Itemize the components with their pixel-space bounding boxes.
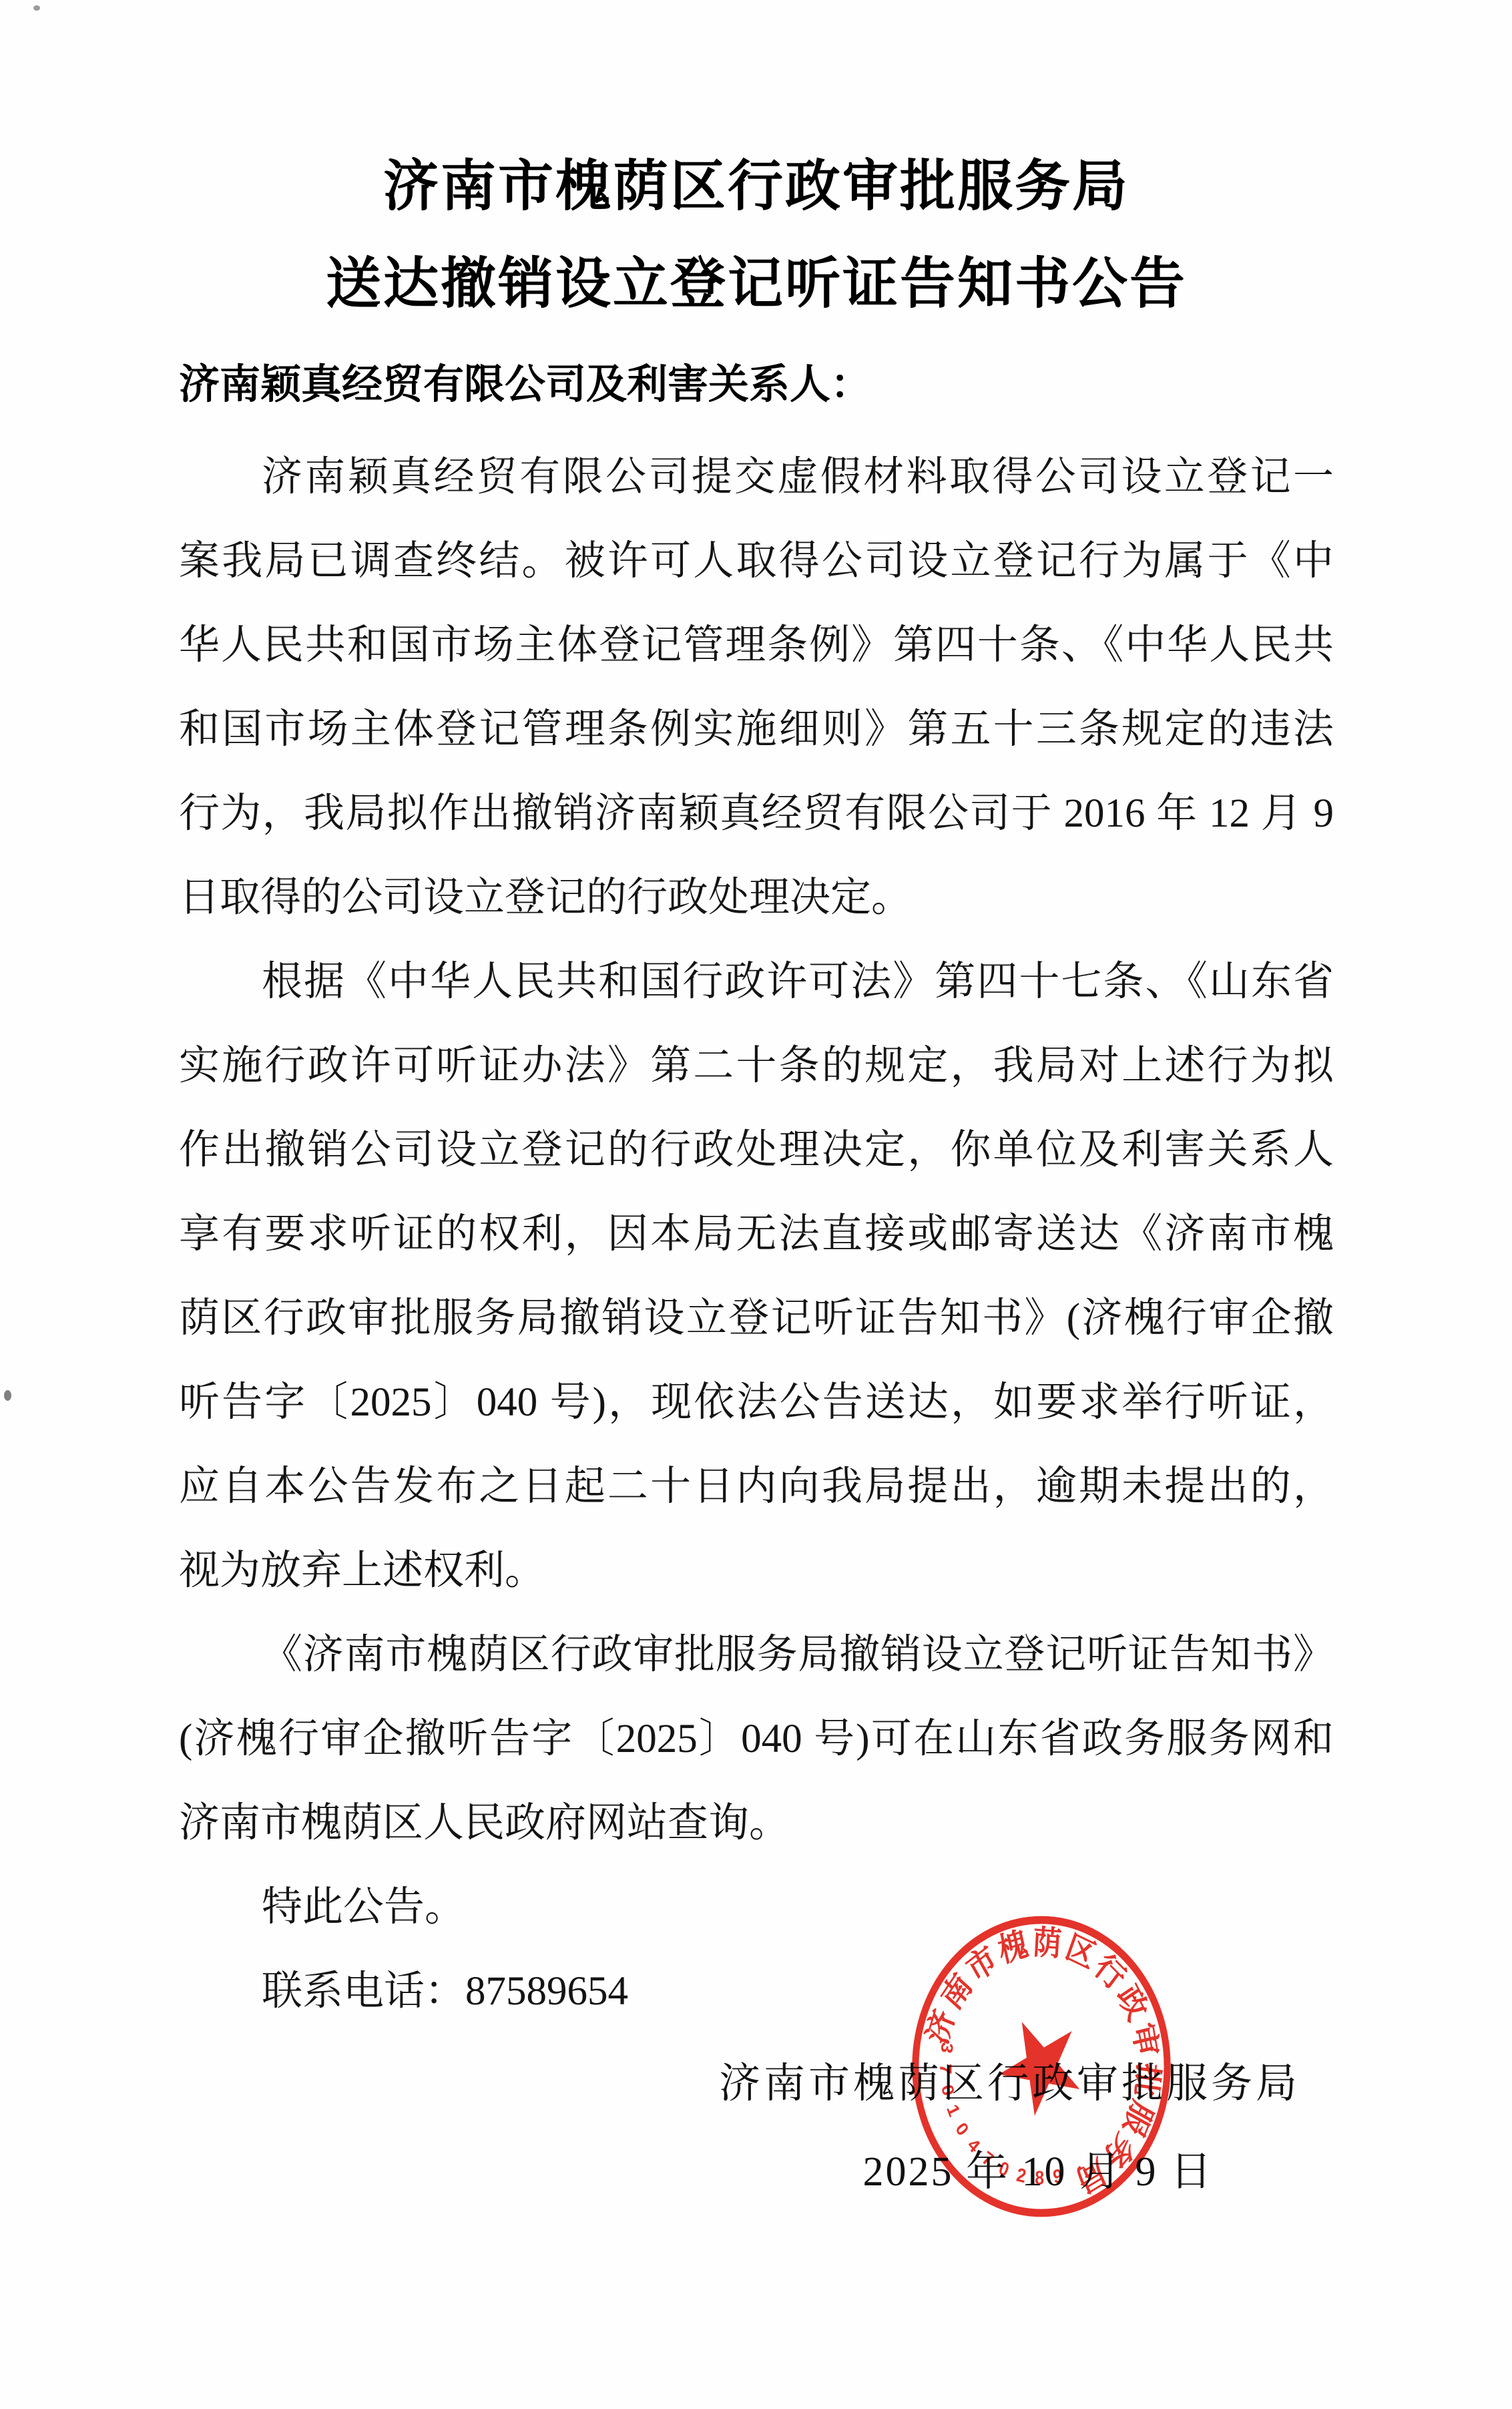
page-title-line1: 济南市槐荫区行政审批服务局 xyxy=(179,147,1334,226)
body-lines: 济南颖真经贸有限公司提交虚假材料取得公司设立登记一案我局已调查终结。被许可人取得… xyxy=(179,435,1334,2034)
body-line: 济南颖真经贸有限公司提交虚假材料取得公司设立登记一 xyxy=(179,435,1334,519)
body-line: 享有要求听证的权利，因本局无法直接或邮寄送达《济南市槐 xyxy=(179,1192,1334,1277)
body-line: 济南市槐荫区人民政府网站查询。 xyxy=(179,1781,1334,1866)
issue-date: 2025 年 10 月 9 日 xyxy=(179,2130,1334,2214)
body-line: 案我局已调查终结。被许可人取得公司设立登记行为属于《中 xyxy=(179,519,1334,604)
body-line: 联系电话：87589654 xyxy=(179,1950,1334,2034)
body-line: 特此公告。 xyxy=(179,1866,1334,1950)
body-line: 《济南市槐荫区行政审批服务局撤销设立登记听证告知书》 xyxy=(179,1613,1334,1697)
page-title-line2: 送达撤销设立登记听证告知书公告 xyxy=(179,244,1334,323)
announcement-page: 济南市槐荫区行政审批服务局 送达撤销设立登记听证告知书公告 济南颖真经贸有限公司… xyxy=(0,0,1512,2409)
body-line: 作出撤销公司设立登记的行政处理决定，你单位及利害关系人 xyxy=(179,1108,1334,1192)
body-line: 听告字〔2025〕040 号)，现依法公告送达，如要求举行听证， xyxy=(179,1361,1334,1445)
body-line: 和国市场主体登记管理条例实施细则》第五十三条规定的违法 xyxy=(179,688,1334,772)
issuer-signature: 济南市槐荫区行政审批服务局 xyxy=(179,2042,1334,2126)
body-line: 华人民共和国市场主体登记管理条例》第四十条、《中华人民共 xyxy=(179,604,1334,688)
body-line: 荫区行政审批服务局撤销设立登记听证告知书》(济槐行审企撤 xyxy=(179,1277,1334,1361)
body-line: (济槐行审企撤听告字〔2025〕040 号)可在山东省政务服务网和 xyxy=(179,1697,1334,1781)
body-line: 日取得的公司设立登记的行政处理决定。 xyxy=(179,856,1334,940)
body-line: 视为放弃上述权利。 xyxy=(179,1529,1334,1613)
body-line: 实施行政许可听证办法》第二十条的规定，我局对上述行为拟 xyxy=(179,1024,1334,1108)
body-line: 应自本公告发布之日起二十日内向我局提出，逾期未提出的， xyxy=(179,1445,1334,1529)
body-line: 根据《中华人民共和国行政许可法》第四十七条、《山东省 xyxy=(179,940,1334,1024)
body-line: 行为，我局拟作出撤销济南颖真经贸有限公司于 2016 年 12 月 9 xyxy=(179,772,1334,856)
scan-artifact xyxy=(33,5,40,11)
addressee-line: 济南颖真经贸有限公司及利害关系人： xyxy=(179,343,1334,425)
scan-artifact xyxy=(4,1390,11,1401)
